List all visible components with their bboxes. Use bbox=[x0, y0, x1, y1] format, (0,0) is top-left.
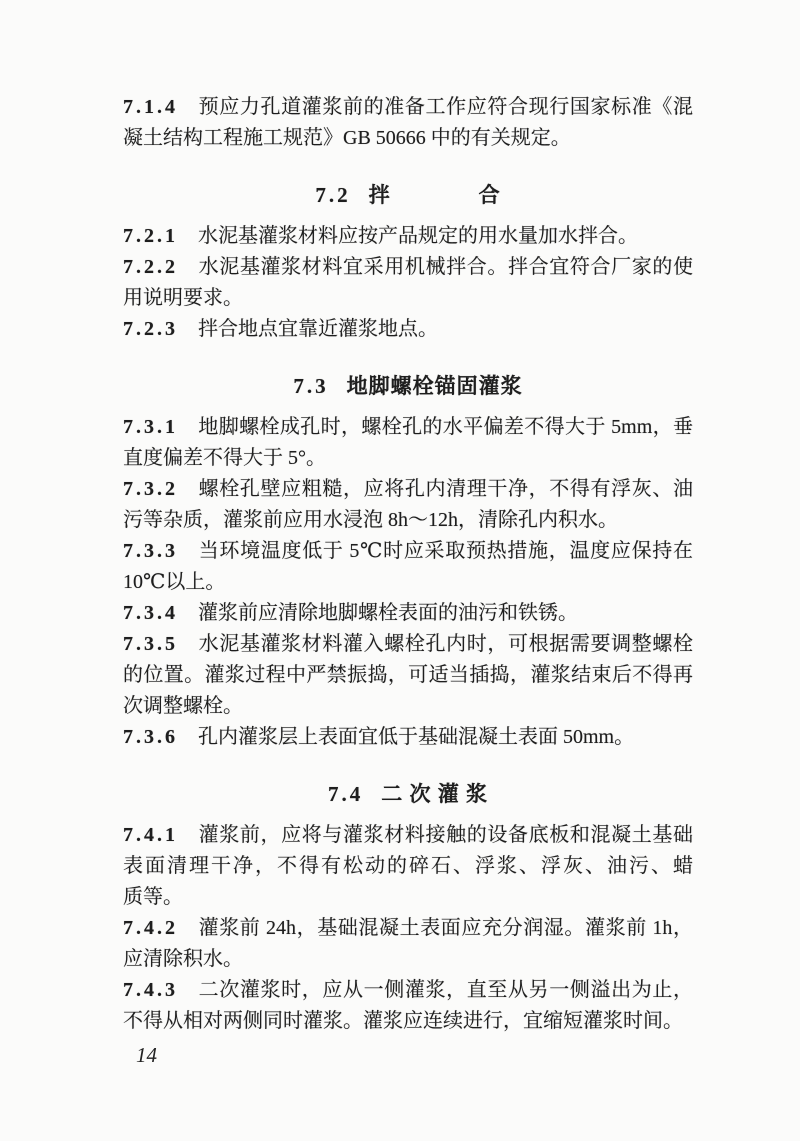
clause-text: 孔内灌浆层上表面宜低于基础混凝土表面 50mm。 bbox=[198, 726, 634, 748]
clause-line: 10℃以上。 bbox=[123, 567, 693, 598]
clause-text: 螺栓孔壁应粗糙，应将孔内清理干净，不得有浮灰、油 bbox=[198, 478, 693, 500]
clause-line: 7.3.5水泥基灌浆材料灌入螺栓孔内时，可根据需要调整螺栓 bbox=[123, 629, 693, 660]
clause-line: 应清除积水。 bbox=[123, 944, 693, 975]
clause-text: 水泥基灌浆材料宜采用机械拌合。拌合宜符合厂家的使 bbox=[198, 256, 693, 278]
heading-title: 拌 合 bbox=[369, 183, 501, 207]
clause-line: 7.3.3当环境温度低于 5℃时应采取预热措施，温度应保持在 bbox=[123, 536, 693, 567]
clause-line: 表面清理干净，不得有松动的碎石、浮浆、浮灰、油污、蜡 bbox=[123, 851, 693, 882]
clause-line: 7.4.1灌浆前，应将与灌浆材料接触的设备底板和混凝土基础 bbox=[123, 820, 693, 851]
clause-text: 灌浆前 24h，基础混凝土表面应充分润湿。灌浆前 1h， bbox=[198, 917, 693, 939]
clause-7-4-2: 7.4.2灌浆前 24h，基础混凝土表面应充分润湿。灌浆前 1h， 应清除积水。 bbox=[123, 913, 693, 975]
clause-line: 直度偏差不得大于 5°。 bbox=[123, 443, 693, 474]
clause-line: 质等。 bbox=[123, 882, 693, 913]
clause-line: 7.2.3拌合地点宜靠近灌浆地点。 bbox=[123, 314, 693, 345]
clause-line: 7.3.4灌浆前应清除地脚螺栓表面的油污和铁锈。 bbox=[123, 598, 693, 629]
clause-text: 当环境温度低于 5℃时应采取预热措施，温度应保持在 bbox=[198, 540, 693, 562]
page-number: 14 bbox=[136, 1040, 157, 1071]
clause-line: 次调整螺栓。 bbox=[123, 691, 693, 722]
clause-text: 水泥基灌浆材料应按产品规定的用水量加水拌合。 bbox=[198, 225, 638, 247]
heading-number: 7.2 bbox=[315, 183, 350, 207]
document-page: 7.1.4预应力孔道灌浆前的准备工作应符合现行国家标准《混 凝土结构工程施工规范… bbox=[0, 0, 800, 1141]
heading-title: 地脚螺栓锚固灌浆 bbox=[347, 374, 523, 398]
clause-7-1-4: 7.1.4预应力孔道灌浆前的准备工作应符合现行国家标准《混 凝土结构工程施工规范… bbox=[123, 92, 693, 154]
clause-text: 预应力孔道灌浆前的准备工作应符合现行国家标准《混 bbox=[198, 96, 693, 118]
section-heading-7-2: 7.2拌 合 bbox=[123, 180, 693, 211]
clause-number: 7.3.5 bbox=[123, 633, 178, 655]
clause-7-3-1: 7.3.1地脚螺栓成孔时，螺栓孔的水平偏差不得大于 5mm，垂 直度偏差不得大于… bbox=[123, 412, 693, 474]
clause-line: 7.3.2螺栓孔壁应粗糙，应将孔内清理干净，不得有浮灰、油 bbox=[123, 474, 693, 505]
clause-line: 7.2.1水泥基灌浆材料应按产品规定的用水量加水拌合。 bbox=[123, 221, 693, 252]
clause-number: 7.2.2 bbox=[123, 256, 178, 278]
clause-line: 7.4.3二次灌浆时，应从一侧灌浆，直至从另一侧溢出为止， bbox=[123, 975, 693, 1006]
clause-7-3-2: 7.3.2螺栓孔壁应粗糙，应将孔内清理干净，不得有浮灰、油 污等杂质，灌浆前应用… bbox=[123, 474, 693, 536]
clause-number: 7.3.3 bbox=[123, 540, 178, 562]
heading-title: 二 次 灌 浆 bbox=[381, 782, 488, 806]
clause-number: 7.1.4 bbox=[123, 96, 178, 118]
clause-7-4-3: 7.4.3二次灌浆时，应从一侧灌浆，直至从另一侧溢出为止， 不得从相对两侧同时灌… bbox=[123, 975, 693, 1037]
clause-number: 7.4.3 bbox=[123, 979, 178, 1001]
clause-line: 7.3.6孔内灌浆层上表面宜低于基础混凝土表面 50mm。 bbox=[123, 722, 693, 753]
clause-7-3-6: 7.3.6孔内灌浆层上表面宜低于基础混凝土表面 50mm。 bbox=[123, 722, 693, 753]
clause-line: 7.1.4预应力孔道灌浆前的准备工作应符合现行国家标准《混 bbox=[123, 92, 693, 123]
page-body: 7.1.4预应力孔道灌浆前的准备工作应符合现行国家标准《混 凝土结构工程施工规范… bbox=[123, 92, 693, 1037]
clause-text: 灌浆前，应将与灌浆材料接触的设备底板和混凝土基础 bbox=[198, 824, 693, 846]
clause-number: 7.4.2 bbox=[123, 917, 178, 939]
clause-7-2-3: 7.2.3拌合地点宜靠近灌浆地点。 bbox=[123, 314, 693, 345]
clause-line: 7.4.2灌浆前 24h，基础混凝土表面应充分润湿。灌浆前 1h， bbox=[123, 913, 693, 944]
clause-number: 7.2.1 bbox=[123, 225, 178, 247]
clause-text: 灌浆前应清除地脚螺栓表面的油污和铁锈。 bbox=[198, 602, 578, 624]
clause-number: 7.3.2 bbox=[123, 478, 178, 500]
section-heading-7-4: 7.4二 次 灌 浆 bbox=[123, 779, 693, 810]
clause-7-2-2: 7.2.2水泥基灌浆材料宜采用机械拌合。拌合宜符合厂家的使 用说明要求。 bbox=[123, 252, 693, 314]
clause-line: 污等杂质，灌浆前应用水浸泡 8h～12h，清除孔内积水。 bbox=[123, 505, 693, 536]
clause-line: 凝土结构工程施工规范》GB 50666 中的有关规定。 bbox=[123, 123, 693, 154]
clause-line: 用说明要求。 bbox=[123, 283, 693, 314]
clause-7-3-5: 7.3.5水泥基灌浆材料灌入螺栓孔内时，可根据需要调整螺栓 的位置。灌浆过程中严… bbox=[123, 629, 693, 722]
clause-number: 7.2.3 bbox=[123, 318, 178, 340]
heading-number: 7.4 bbox=[328, 782, 363, 806]
clause-number: 7.3.4 bbox=[123, 602, 178, 624]
clause-line: 的位置。灌浆过程中严禁振捣，可适当插捣，灌浆结束后不得再 bbox=[123, 660, 693, 691]
clause-7-3-4: 7.3.4灌浆前应清除地脚螺栓表面的油污和铁锈。 bbox=[123, 598, 693, 629]
clause-text: 拌合地点宜靠近灌浆地点。 bbox=[198, 318, 438, 340]
clause-line: 不得从相对两侧同时灌浆。灌浆应连续进行，宜缩短灌浆时间。 bbox=[123, 1006, 693, 1037]
clause-number: 7.4.1 bbox=[123, 824, 178, 846]
clause-text: 二次灌浆时，应从一侧灌浆，直至从另一侧溢出为止， bbox=[198, 979, 693, 1001]
clause-text: 地脚螺栓成孔时，螺栓孔的水平偏差不得大于 5mm，垂 bbox=[198, 416, 693, 438]
clause-text: 水泥基灌浆材料灌入螺栓孔内时，可根据需要调整螺栓 bbox=[198, 633, 693, 655]
clause-7-3-3: 7.3.3当环境温度低于 5℃时应采取预热措施，温度应保持在 10℃以上。 bbox=[123, 536, 693, 598]
heading-number: 7.3 bbox=[293, 374, 328, 398]
clause-line: 7.3.1地脚螺栓成孔时，螺栓孔的水平偏差不得大于 5mm，垂 bbox=[123, 412, 693, 443]
clause-number: 7.3.1 bbox=[123, 416, 178, 438]
section-heading-7-3: 7.3地脚螺栓锚固灌浆 bbox=[123, 371, 693, 402]
clause-line: 7.2.2水泥基灌浆材料宜采用机械拌合。拌合宜符合厂家的使 bbox=[123, 252, 693, 283]
clause-7-4-1: 7.4.1灌浆前，应将与灌浆材料接触的设备底板和混凝土基础 表面清理干净，不得有… bbox=[123, 820, 693, 913]
clause-7-2-1: 7.2.1水泥基灌浆材料应按产品规定的用水量加水拌合。 bbox=[123, 221, 693, 252]
clause-number: 7.3.6 bbox=[123, 726, 178, 748]
